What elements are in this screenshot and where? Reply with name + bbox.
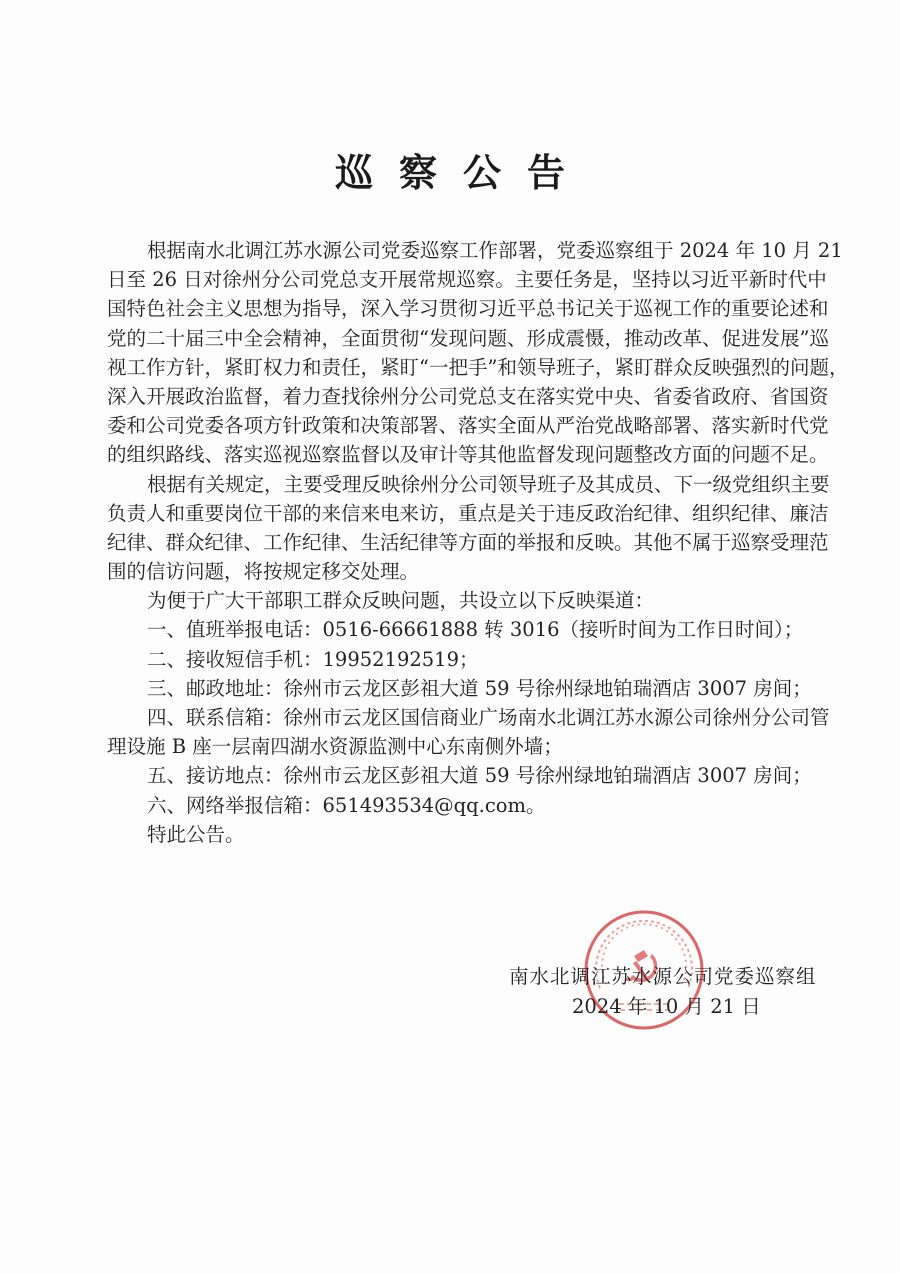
document-title: 巡察公告 <box>0 148 900 198</box>
paragraph-1-line-8: 的组织路线、落实巡视巡察监督以及审计等其他监督发现问题整改方面的问题不足。 <box>107 440 800 469</box>
channel-visit-value: 徐州市云龙区彭祖大道 59 号徐州绿地铂瑞酒店 3007 房间； <box>284 764 812 787</box>
paragraph-1-line-1: 根据南水北调江苏水源公司党委巡察工作部署，党委巡察组于 2024 年 10 月 … <box>107 236 800 265</box>
channel-postal: 三、邮政地址：徐州市云龙区彭祖大道 59 号徐州绿地铂瑞酒店 3007 房间； <box>107 674 800 703</box>
channel-mailbox: 四、联系信箱：徐州市云龙区国信商业广场南水北调江苏水源公司徐州分公司管 <box>107 703 800 732</box>
channel-mailbox-value: 徐州市云龙区国信商业广场南水北调江苏水源公司徐州分公司管 <box>284 706 830 729</box>
channel-email-label: 六、网络举报信箱： <box>147 794 323 817</box>
paragraph-2-line-1: 根据有关规定，主要受理反映徐州分公司领导班子及其成员、下一级党组织主要 <box>107 470 800 499</box>
paragraph-1-line-6: 深入开展政治监督，着力查找徐州分公司党总支在落实党中央、省委省政府、省国资 <box>107 382 800 411</box>
channel-mailbox-label: 四、联系信箱： <box>147 706 284 729</box>
paragraph-3-line-1: 为便于广大干部职工群众反映问题，共设立以下反映渠道： <box>107 586 800 615</box>
channel-sms-label: 二、接收短信手机： <box>147 648 323 671</box>
signature-organization: 南水北调江苏水源公司党委巡察组 <box>509 962 817 991</box>
signature-date: 2024 年 10 月 21 日 <box>572 992 761 1021</box>
channel-mailbox-continuation: 理设施 B 座一层南四湖水资源监测中心东南侧外墙； <box>107 732 800 761</box>
paragraph-2-line-2: 负责人和重要岗位干部的来信来电来访，重点是关于违反政治纪律、组织纪律、廉洁 <box>107 499 800 528</box>
document-body: 根据南水北调江苏水源公司党委巡察工作部署，党委巡察组于 2024 年 10 月 … <box>107 236 800 849</box>
paragraph-1-line-5: 视工作方针，紧盯权力和责任，紧盯“一把手”和领导班子，紧盯群众反映强烈的问题， <box>107 353 800 382</box>
channel-hotline: 一、值班举报电话：0516-66661888 转 3016（接听时间为工作日时间… <box>107 615 800 644</box>
paragraph-1-line-2: 日至 26 日对徐州分公司党总支开展常规巡察。主要任务是，坚持以习近平新时代中 <box>107 265 800 294</box>
document-page: 巡察公告 根据南水北调江苏水源公司党委巡察工作部署，党委巡察组于 2024 年 … <box>0 0 900 1273</box>
paragraph-1-line-7: 委和公司党委各项方针政策和决策部署、落实全面从严治党战略部署、落实新时代党 <box>107 411 800 440</box>
channel-postal-value: 徐州市云龙区彭祖大道 59 号徐州绿地铂瑞酒店 3007 房间； <box>284 677 812 700</box>
closing-text: 特此公告。 <box>107 820 800 849</box>
channel-sms: 二、接收短信手机：19952192519； <box>107 645 800 674</box>
channel-visit-label: 五、接访地点： <box>147 764 284 787</box>
channel-postal-label: 三、邮政地址： <box>147 677 284 700</box>
paragraph-1-line-4: 党的二十届三中全会精神，全面贯彻“发现问题、形成震慑，推动改革、促进发展”巡 <box>107 324 800 353</box>
paragraph-2-line-3: 纪律、群众纪律、工作纪律、生活纪律等方面的举报和反映。其他不属于巡察受理范 <box>107 528 800 557</box>
channel-hotline-label: 一、值班举报电话： <box>147 618 323 641</box>
channel-visit: 五、接访地点：徐州市云龙区彭祖大道 59 号徐州绿地铂瑞酒店 3007 房间； <box>107 761 800 790</box>
channel-email-value[interactable]: 651493534@qq.com。 <box>323 794 546 817</box>
paragraph-2-line-4: 围的信访问题，将按规定移交处理。 <box>107 557 800 586</box>
channel-hotline-value: 0516-66661888 转 3016（接听时间为工作日时间）； <box>323 618 804 641</box>
channel-sms-value: 19952192519； <box>323 648 479 671</box>
channel-email: 六、网络举报信箱：651493534@qq.com。 <box>107 791 800 820</box>
paragraph-1-line-3: 国特色社会主义思想为指导，深入学习贯彻习近平总书记关于巡视工作的重要论述和 <box>107 294 800 323</box>
